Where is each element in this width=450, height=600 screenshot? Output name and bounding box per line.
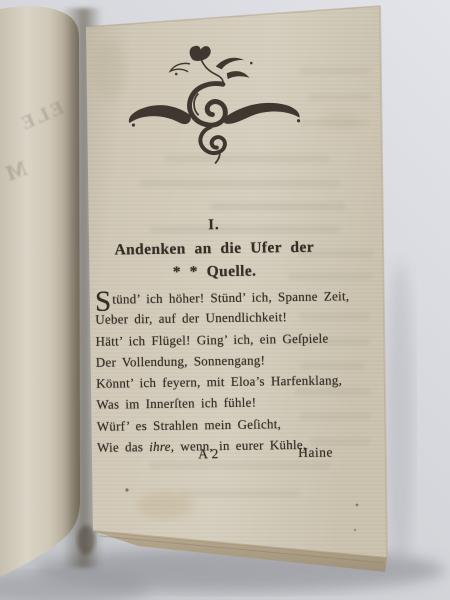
page-content: I. Andenken an die Ufer der * * Quelle. … <box>0 0 450 600</box>
poem-line: Hätt’ ich Flügel! Ging’ ich, ein Geſpiel… <box>95 327 357 352</box>
book-photo: ELE M <box>0 0 450 600</box>
signature-row: A 2 Haine <box>97 444 359 468</box>
poem-title-line-1: Andenken an die Ufer der <box>83 238 345 260</box>
poem-line-text: tünd’ ich höher! Stünd’ ich, Spanne Zeit… <box>112 288 349 306</box>
poem-title-line-2: * * Quelle. <box>83 261 345 283</box>
poem-body: Stünd’ ich höher! Stünd’ ich, Spanne Zei… <box>95 284 359 458</box>
poem-line: Stünd’ ich höher! Stünd’ ich, Spanne Zei… <box>95 284 357 309</box>
poem-line: Könnt’ ich feyern, mit Eloa’s Harfenklan… <box>96 369 358 394</box>
section-number: I. <box>83 215 345 236</box>
head-ornament-vignette <box>124 42 304 168</box>
signature-mark: A 2 <box>198 446 219 462</box>
catchword: Haine <box>298 445 333 461</box>
